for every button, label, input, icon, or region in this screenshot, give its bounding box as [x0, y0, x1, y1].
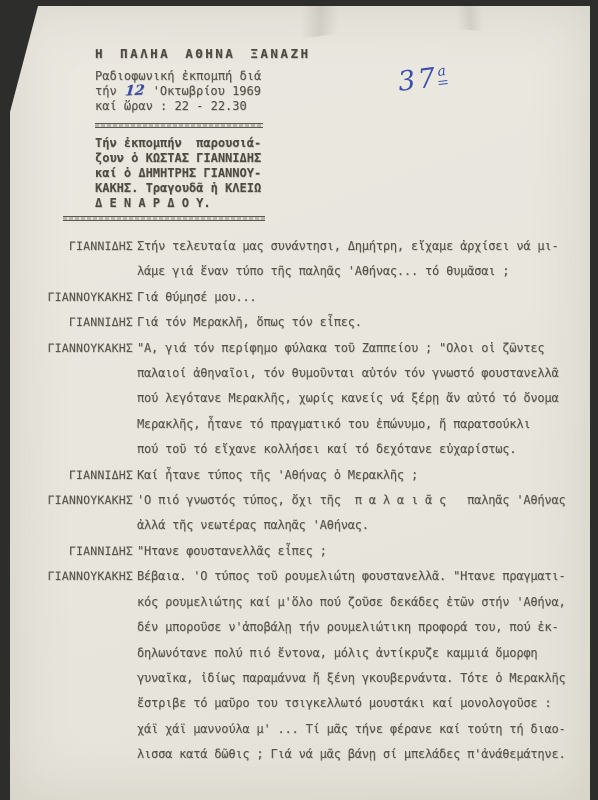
- speaker-name: ΓΙΑΝΝΙΔΗΣ: [43, 463, 133, 488]
- dialogue-text: "Ητανε φουστανελλᾶς εἶπες ;: [137, 539, 589, 564]
- handwritten-date-number: 12: [124, 84, 145, 100]
- broadcast-line-1: Ραδιοφωνική ἐκπομπή διά: [95, 69, 285, 84]
- dialogue-text: Βέβαια. 'Ο τύπος τοῦ ρουμελιώτη φουστανε…: [137, 564, 589, 767]
- program-title: Η ΠΑΛΗΑ ΑΘΗΝΑ ΞΑΝΑΖΗ: [95, 46, 285, 61]
- dialogue-text: Γιά τόν Μερακλῆ, ὅπως τόν εἶπες.: [137, 310, 589, 335]
- divider-bottom: [63, 216, 265, 221]
- broadcast-info: Ραδιοφωνική ἐκπομπή διά τήν 12 'Οκτωβρίο…: [95, 69, 285, 114]
- presenters-note: Τήν ἐκπομπήν παρουσιά- ζουν ὁ ΚΩΣΤΑΣ ΓΙΑ…: [95, 136, 285, 211]
- page-number-superscript: a: [437, 63, 448, 85]
- scan-frame: 37a Η ΠΑΛΗΑ ΑΘΗΝΑ ΞΑΝΑΖΗ Ραδιοφωνική ἐκπ…: [0, 0, 598, 800]
- dialogue-entry: ΓΙΑΝΝΟΥΚΑΚΗΣ "Α, γιά τόν περίφημο φύλακα…: [10, 336, 590, 463]
- dialogue-entry: ΓΙΑΝΝΙΔΗΣ "Ητανε φουστανελλᾶς εἶπες ;: [10, 539, 590, 564]
- broadcast-line-2: τήν 12 'Οκτωβρίου 1969: [95, 84, 285, 99]
- dialogue-text: 'Ο πιό γνωστός τύπος, ὄχι τῆς π α λ α ι …: [137, 488, 589, 539]
- speaker-name: ΓΙΑΝΝΙΔΗΣ: [43, 539, 133, 564]
- speaker-name: ΓΙΑΝΝΟΥΚΑΚΗΣ: [43, 336, 133, 361]
- dialogue-section: ΓΙΑΝΝΙΔΗΣ Στήν τελευταία μας συνάντησι, …: [10, 234, 590, 768]
- paper-crease: [229, 0, 412, 47]
- speaker-name: ΓΙΑΝΝΟΥΚΑΚΗΣ: [43, 488, 133, 513]
- dialogue-text: Στήν τελευταία μας συνάντησι, Δημήτρη, ε…: [137, 234, 589, 285]
- dialogue-entry: ΓΙΑΝΝΙΔΗΣ Γιά τόν Μερακλῆ, ὅπως τόν εἶπε…: [10, 310, 590, 335]
- paper-crease: [389, 0, 551, 37]
- dialogue-text: Γιά θύμησέ μου...: [137, 285, 589, 310]
- dialogue-entry: ΓΙΑΝΝΟΥΚΑΚΗΣ Βέβαια. 'Ο τύπος τοῦ ρουμελ…: [10, 564, 590, 767]
- dialogue-text: "Α, γιά τόν περίφημο φύλακα τοῦ Ζαππείου…: [137, 336, 589, 463]
- header: Η ΠΑΛΗΑ ΑΘΗΝΑ ΞΑΝΑΖΗ Ραδιοφωνική ἐκπομπή…: [95, 46, 285, 221]
- paper-sheet: 37a Η ΠΑΛΗΑ ΑΘΗΝΑ ΞΑΝΑΖΗ Ραδιοφωνική ἐκπ…: [10, 6, 590, 800]
- dialogue-entry: ΓΙΑΝΝΟΥΚΑΚΗΣ 'Ο πιό γνωστός τύπος, ὄχι τ…: [10, 488, 590, 539]
- speaker-name: ΓΙΑΝΝΙΔΗΣ: [43, 234, 133, 259]
- divider-top: [95, 123, 263, 128]
- dialogue-entry: ΓΙΑΝΝΟΥΚΑΚΗΣ Γιά θύμησέ μου...: [10, 285, 590, 310]
- broadcast-line-3: καί ὥραν : 22 - 22.30: [95, 99, 285, 114]
- date-prefix: τήν: [95, 84, 124, 98]
- speaker-name: ΓΙΑΝΝΙΔΗΣ: [43, 310, 133, 335]
- dialogue-entry: ΓΙΑΝΝΙΔΗΣ Στήν τελευταία μας συνάντησι, …: [10, 234, 590, 285]
- dialogue-text: Καί ἦτανε τύπος τῆς 'Αθήνας ὁ Μερακλῆς ;: [137, 463, 589, 488]
- speaker-name: ΓΙΑΝΝΟΥΚΑΚΗΣ: [43, 564, 133, 589]
- date-suffix: 'Οκτωβρίου 1969: [145, 84, 261, 98]
- handwritten-page-number: 37a: [396, 61, 448, 98]
- page-number-digits: 37: [396, 62, 440, 98]
- dialogue-entry: ΓΙΑΝΝΙΔΗΣ Καί ἦτανε τύπος τῆς 'Αθήνας ὁ …: [10, 463, 590, 488]
- speaker-name: ΓΙΑΝΝΟΥΚΑΚΗΣ: [43, 285, 133, 310]
